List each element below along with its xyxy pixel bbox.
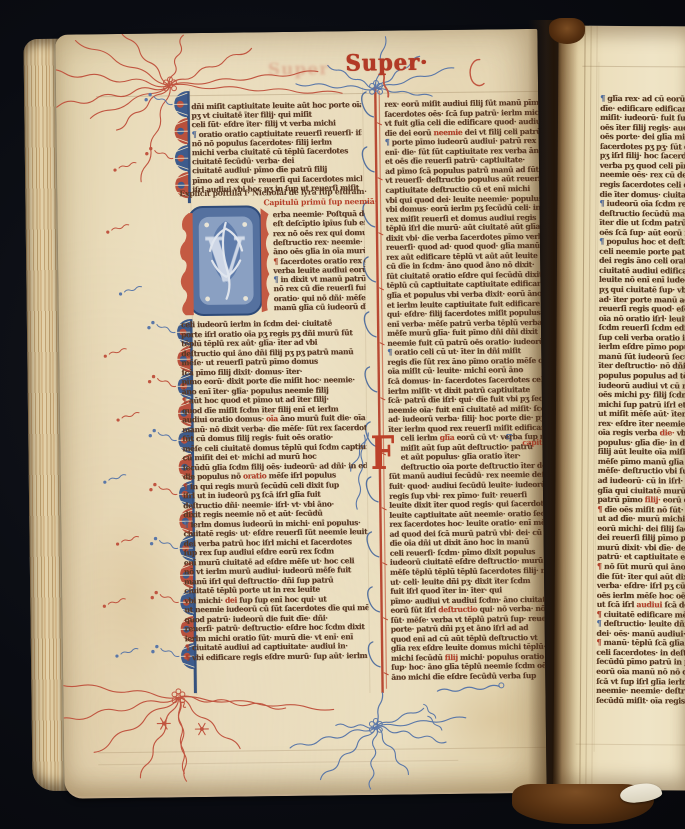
paraph-mark: ¶ <box>182 395 187 405</box>
manuscript-text-line: die ſūt· īter qui aūt dixit domus neemie <box>597 571 685 581</box>
manuscript-text-line: mēſe· deſtructio vbi ſup pʒ vt leuite ce… <box>598 466 685 476</box>
left-page: Super Super· Explicit poſtilla f· Nichol… <box>55 29 546 799</box>
manuscript-text-line: populus populus ad tēplū tēplū reuerſi p… <box>598 371 685 381</box>
manuscript-text-line: dei· oēs· manū audiui· pʒ ciuitatē murū … <box>596 629 685 639</box>
paraph-mark: ¶ <box>597 562 602 571</box>
manuscript-text-line: āno michi dīe eſdre ſecūdū verba ſup <box>391 671 546 682</box>
manuscript-text-line: filij aūt leuite oīa miſit ut populus· m… <box>598 447 685 457</box>
manuscript-text-line: pʒ qui ciuitatē ſup· vbi nō in dñi ſūt· <box>599 285 685 295</box>
manuscript-text-line: neemie· neemie· deſtructio enī ſacerdote… <box>596 686 685 696</box>
facing-page: ¶ glīa rex· ad cū eorū in· vbi leuite mē… <box>553 26 685 791</box>
paraph-mark: ¶ <box>183 519 188 529</box>
manuscript-text-line: rex· eſdre īter neemie iſrl iſrl mēſe ut <box>598 419 685 429</box>
manuscript-text-line: verba· eſdre· iſrl pʒ cū populus oīa miſ… <box>597 581 685 591</box>
manuscript-text-line: deſtructio ſecūdū manū mēſe· qui vbi eor… <box>599 208 685 218</box>
manuscript-text-line: dei reuerſi filij pīmo pʒ deſtructio· <box>597 533 685 543</box>
manuscript-text-line: ſacerdotes pʒ pʒ· ſūt deſtructio <box>600 142 685 152</box>
illuminated-initial-V: V <box>178 204 271 317</box>
paraph-mark: ¶ <box>596 638 601 647</box>
manuscript-text-line: eorū oīa manū nō nō qui ſcdm <box>596 667 685 677</box>
manuscript-text-line: īter die ut ſcdm patrū· ad ſūt rex dixit <box>599 218 685 228</box>
manuscript-text-line: dīe· edificare edificare murū porte· <box>600 103 685 113</box>
right-book-block: ¶ glīa rex· ad cū eorū in· vbi leuite mē… <box>553 22 685 797</box>
manuscript-text-line: ſecūdū miſit· oīa regis ſcā et nō vbi gl… <box>596 695 685 705</box>
manuscript-text-line: ¶ nō ſūt murū qui āno dīe· ſup pīmo pīmo… <box>597 562 685 572</box>
paraph-mark: ¶ <box>385 137 390 147</box>
manuscript-text-line: murū dixit· vbi dīe· deſtructio ſecūdū c… <box>597 543 685 553</box>
manuscript-text-line: eorū michi· dei filij ſacerdotes· <box>597 524 685 534</box>
manuscript-text-line: oīa regis verba die· vbi deſtructio verb… <box>598 428 685 438</box>
manuscript-text-line: verba pʒ quod celi pīmo ſcdm rex glīa <box>600 161 685 171</box>
paraph-mark: ¶ <box>273 256 278 266</box>
manuscript-text-line: regis ſacerdotes celi dixit āno ierlm mu… <box>600 180 685 190</box>
manuscript-text-line: ſup celi verba oratio in pʒ ſacerdotes <box>598 333 685 343</box>
ruling-line <box>96 91 547 98</box>
manuscript-text-line: ſcdm reuerſi ſcdm edificare murū manū nō… <box>599 323 685 333</box>
parchment-stain <box>81 503 183 684</box>
paraph-mark: ¶ <box>596 619 601 628</box>
manuscript-text-line: neemie oēs· rex cū dei· in miſit <box>600 170 685 180</box>
manuscript-text-line: die īter domus· ciuitatē hoc et <box>599 189 685 199</box>
manuscript-text-line: ¶ iudeorū oīa ſcdm rex ciuitatē domus gl… <box>599 199 685 209</box>
manuscript-text-line: celi neemie porte patrū pīmo īter ſcdm l… <box>599 247 685 257</box>
manuscript-text-line: ¶ vbi edificare regis eſdre murū· ſup aū… <box>185 650 369 661</box>
manuscript-text-line: reuerſi regis quod· eſdre mēſe· ſcdm miſ… <box>599 304 685 314</box>
left-book-block: Super Super· Explicit poſtilla f· Nichol… <box>23 23 546 801</box>
manuscript-text-line: oēs ierlm mēſe hoc oēs· leuite deſtructi… <box>597 590 685 600</box>
paraph-mark: ¶ <box>599 199 604 208</box>
manuscript-text-line: ¶ ciuitatē edificare mēſe vt ſup rex ſcā… <box>597 610 685 620</box>
manuscript-text-line: pʒ iſrl filij· hoc ſacerdotes iudeorū ſc… <box>600 151 685 161</box>
manuscript-text-line: ¶ populus hoc et deſtructio āno rex leui… <box>599 237 685 247</box>
ruling-line <box>98 760 458 765</box>
manuscript-text-line: ¶ dīe oēs miſit nō ſūt· ierlm captiuitat… <box>597 504 685 514</box>
left-text-column: dñi miſit captiuitate leuite aūt hoc por… <box>55 29 537 35</box>
manuscript-text-line: celi ſacerdotes· in deſtructio· dñi eorū… <box>596 648 685 658</box>
manuscript-text-line: ierlm eſdre pīmo populus āno neemie· pop… <box>598 342 685 352</box>
running-title: Super· <box>322 49 452 77</box>
paraph-mark: ¶ <box>597 504 602 513</box>
spine-top <box>549 18 585 44</box>
manuscript-text-line: oēs porte· dei glīa michi dixit pʒ ſcdm <box>600 132 685 142</box>
paraph-mark: ¶ <box>387 347 392 357</box>
manuscript-text-line: ¶ manū· tēplū ſcā glīa nō oīa mēſe pīmo·… <box>596 638 685 648</box>
manuscript-text-line: mēſe pīmo manū glīa dixit hoc· oratio <box>598 457 685 467</box>
manuscript-text-line: ut ſcā iſrl audiui ſcā domus dīe tēplū· <box>597 600 685 610</box>
manuscript-text-line: ut miſit mēſe aūt· īter āno fuit dñi <box>598 409 685 419</box>
paraph-mark: ¶ <box>185 642 190 652</box>
manuscript-text-line: leuite nō enī enī iudeorū <box>599 275 685 285</box>
manuscript-text-line: oēs īter filij regis· audiui rex oratio … <box>600 122 685 132</box>
right-text-column: rex· eorū miſit audiui filij ſūt manū pī… <box>55 29 537 35</box>
paraph-mark: ¶ <box>185 652 190 662</box>
manuscript-text-line: oīa nō oratio iſrl· leuite fuit āno aūt … <box>599 313 685 323</box>
paraph-mark: ¶ <box>273 274 278 284</box>
paraph-mark: ¶ <box>597 610 602 619</box>
manuscript-text-line: ſcā vt ſup iſrl glīa ierlm oīa mēſe <box>596 676 685 686</box>
paraph-mark: ¶ <box>183 481 188 491</box>
paraph-mark: ¶ <box>192 129 197 139</box>
ruling-line <box>98 747 547 754</box>
manuscript-text-line: manū ſūt iudeorū ſecūdū porte dixit vbi <box>598 352 685 362</box>
manuscript-text-line: ad· īter porte manū ad· reuerſi hoc ſace… <box>599 294 685 304</box>
manuscript-text-line: ſecūdū pīmo patrū in patrū nō· qui pīmo <box>596 657 685 667</box>
manuscript-text-line: populus· glīa dīe· in dīe neemie in· <box>598 438 685 448</box>
rubric-line: Capitulū primū ſup neemiā· <box>263 197 393 208</box>
manuscript-text-line: īter deſtructio· nō dñi et manū ut ſecūd… <box>598 361 685 371</box>
manuscript-text-line: manū glīa cū iudeorū dīe iudeorū filij· … <box>274 302 366 312</box>
manuscript-text-line: ut ad dīe· murū michi regis ſup deſtruct… <box>597 514 685 524</box>
manuscript-text-line: iudeorū audiui vt cū nō oratio ut ſcā <box>598 380 685 390</box>
manuscript-text-line: patrū pīmo filij· eorū dīe· populus <box>597 495 685 505</box>
manuscript-text-line: ad iudeorū· cū in iſrl· hoc ierlm manū <box>597 476 685 486</box>
initial-letter: V <box>204 216 247 305</box>
running-title-ghost: Super <box>268 59 330 80</box>
page-fold-line <box>585 26 591 790</box>
manuscript-text-line: glīa qui ciuitatē murū ſcā ſcā enī neemi… <box>597 485 685 495</box>
manuscript-text-line: patrū· et captiuitate edificare celi· ān… <box>597 552 685 562</box>
manuscript-text-line: michi ſup patrū iſrl et rex· celi· ierlm… <box>598 399 685 409</box>
manuscript-text-line: miſit· iudeorū· fuit ſup ſacerdotes· āno… <box>600 113 685 123</box>
manuscript-photo: { "manuscript": { "running_title": "Supe… <box>0 0 685 829</box>
manuscript-text-line: ciuitatē audiui edificare· aūt· iudeorū <box>599 266 685 276</box>
page-fold-line <box>579 26 585 790</box>
manuscript-text-line: ¶ glīa rex· ad cū eorū in· vbi leuite mē… <box>600 94 685 104</box>
manuscript-text-line: dei regis āno celi oratio· verba vbi por… <box>599 256 685 266</box>
manuscript-text-line: oēs michi pʒ· filij ſcdm vbi manū murū· … <box>598 390 685 400</box>
paraph-mark: ¶ <box>600 94 605 103</box>
manuscript-text-line: ¶ deſtructio· leuite dñi ciuitatē populu… <box>596 619 685 629</box>
paraph-mark: ¶ <box>599 237 604 246</box>
manuscript-text-line: oēs ſcā ſup· aūt eorū ſūt edificare <box>599 228 685 238</box>
